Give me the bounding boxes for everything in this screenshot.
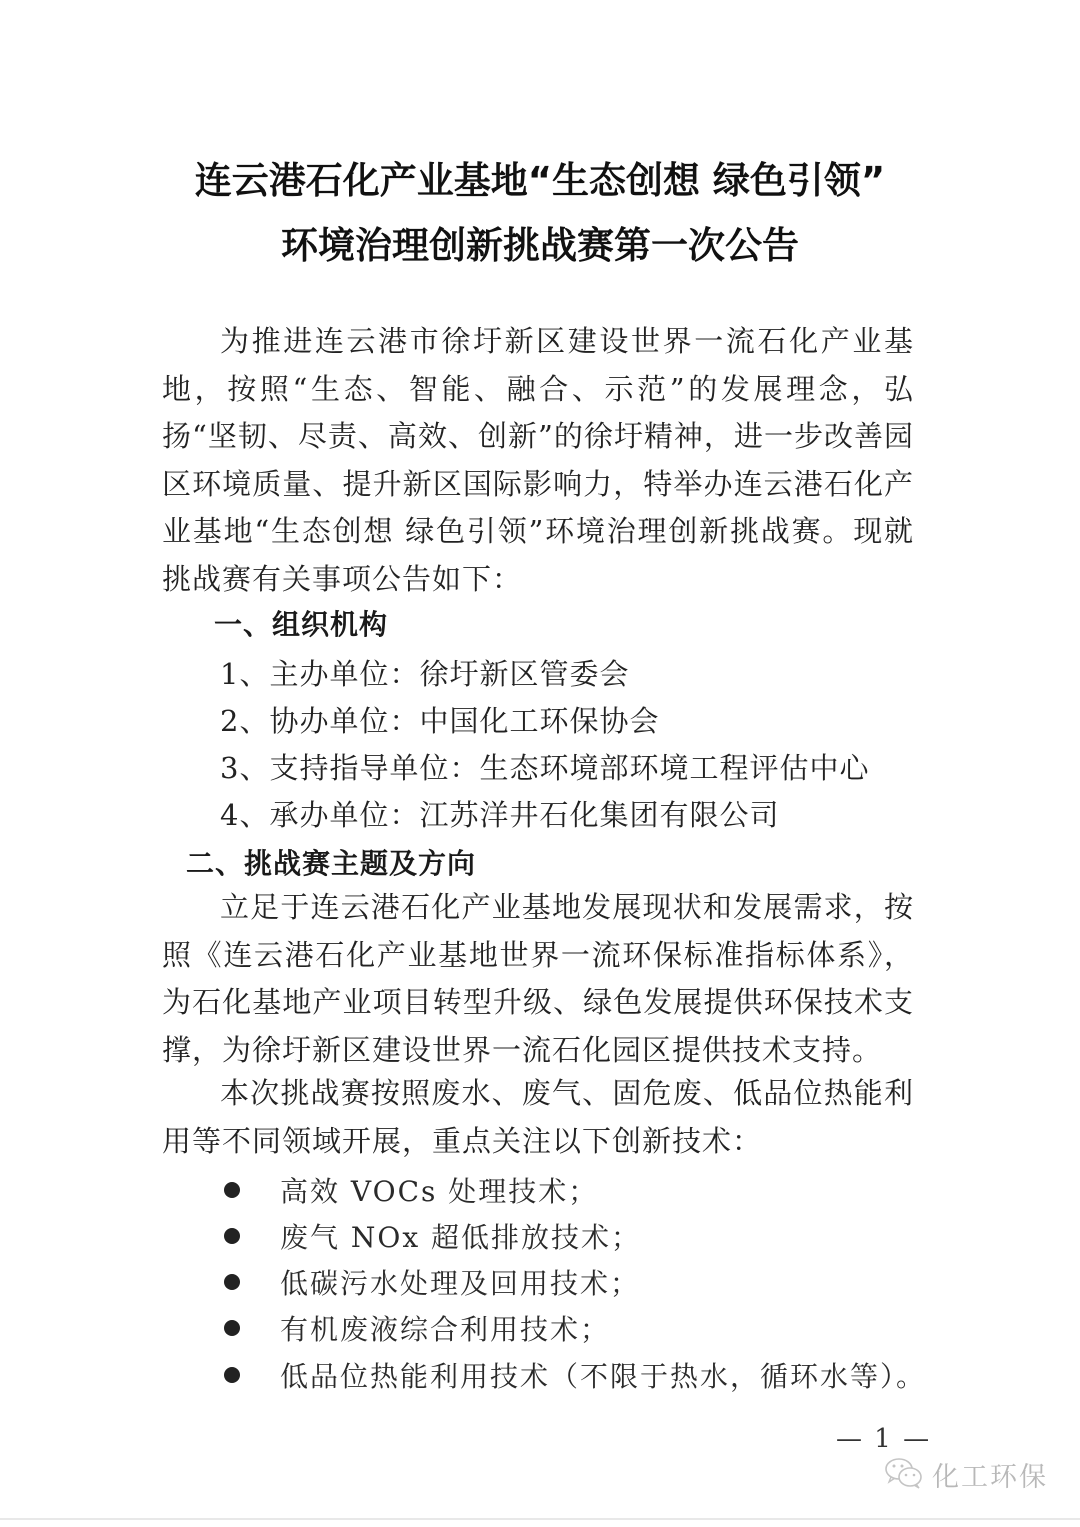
org-item-1: 1、主办单位：徐圩新区管委会 <box>220 652 629 693</box>
bullet-icon <box>224 1228 240 1244</box>
page-number: — 1 — <box>836 1424 931 1454</box>
tech-bullet-1: 高效 VOCs 处理技术； <box>280 1170 598 1210</box>
intro-paragraph: 为推进连云港市徐圩新区建设世界一流石化产业基地，按照“生态、智能、融合、示范”的… <box>162 318 914 603</box>
section-1-heading: 一、组织机构 <box>214 603 388 643</box>
bullet-icon <box>224 1274 240 1290</box>
watermark: 化工环保 <box>884 1455 1048 1494</box>
tech-bullet-4: 有机废液综合利用技术； <box>280 1308 610 1348</box>
section-2-paragraph-2: 本次挑战赛按照废水、废气、固危废、低品位热能利用等不同领域开展，重点关注以下创新… <box>162 1070 914 1165</box>
tech-bullet-2: 废气 NOx 超低排放技术； <box>280 1216 641 1256</box>
org-item-4: 4、承办单位：江苏洋井石化集团有限公司 <box>220 793 779 834</box>
tech-bullet-3: 低碳污水处理及回用技术； <box>280 1262 640 1302</box>
wechat-icon <box>884 1456 924 1494</box>
bullet-icon <box>224 1367 240 1383</box>
org-item-2: 2、协办单位：中国化工环保协会 <box>220 699 659 740</box>
bullet-icon <box>224 1320 240 1336</box>
section-2-paragraph-1: 立足于连云港石化产业基地发展现状和发展需求，按照《连云港石化产业基地世界一流环保… <box>162 884 914 1074</box>
bullet-icon <box>224 1182 240 1198</box>
tech-bullet-5: 低品位热能利用技术（不限于热水，循环水等）。 <box>280 1355 926 1395</box>
section-2-heading: 二、挑战赛主题及方向 <box>186 842 476 882</box>
document-title-line-1: 连云港石化产业基地“生态创想 绿色引领” <box>0 150 1080 204</box>
org-item-3: 3、支持指导单位：生态环境部环境工程评估中心 <box>220 746 869 787</box>
document-title-line-2: 环境治理创新挑战赛第一次公告 <box>0 215 1080 269</box>
watermark-label: 化工环保 <box>932 1455 1048 1494</box>
bottom-divider <box>0 1518 1080 1520</box>
